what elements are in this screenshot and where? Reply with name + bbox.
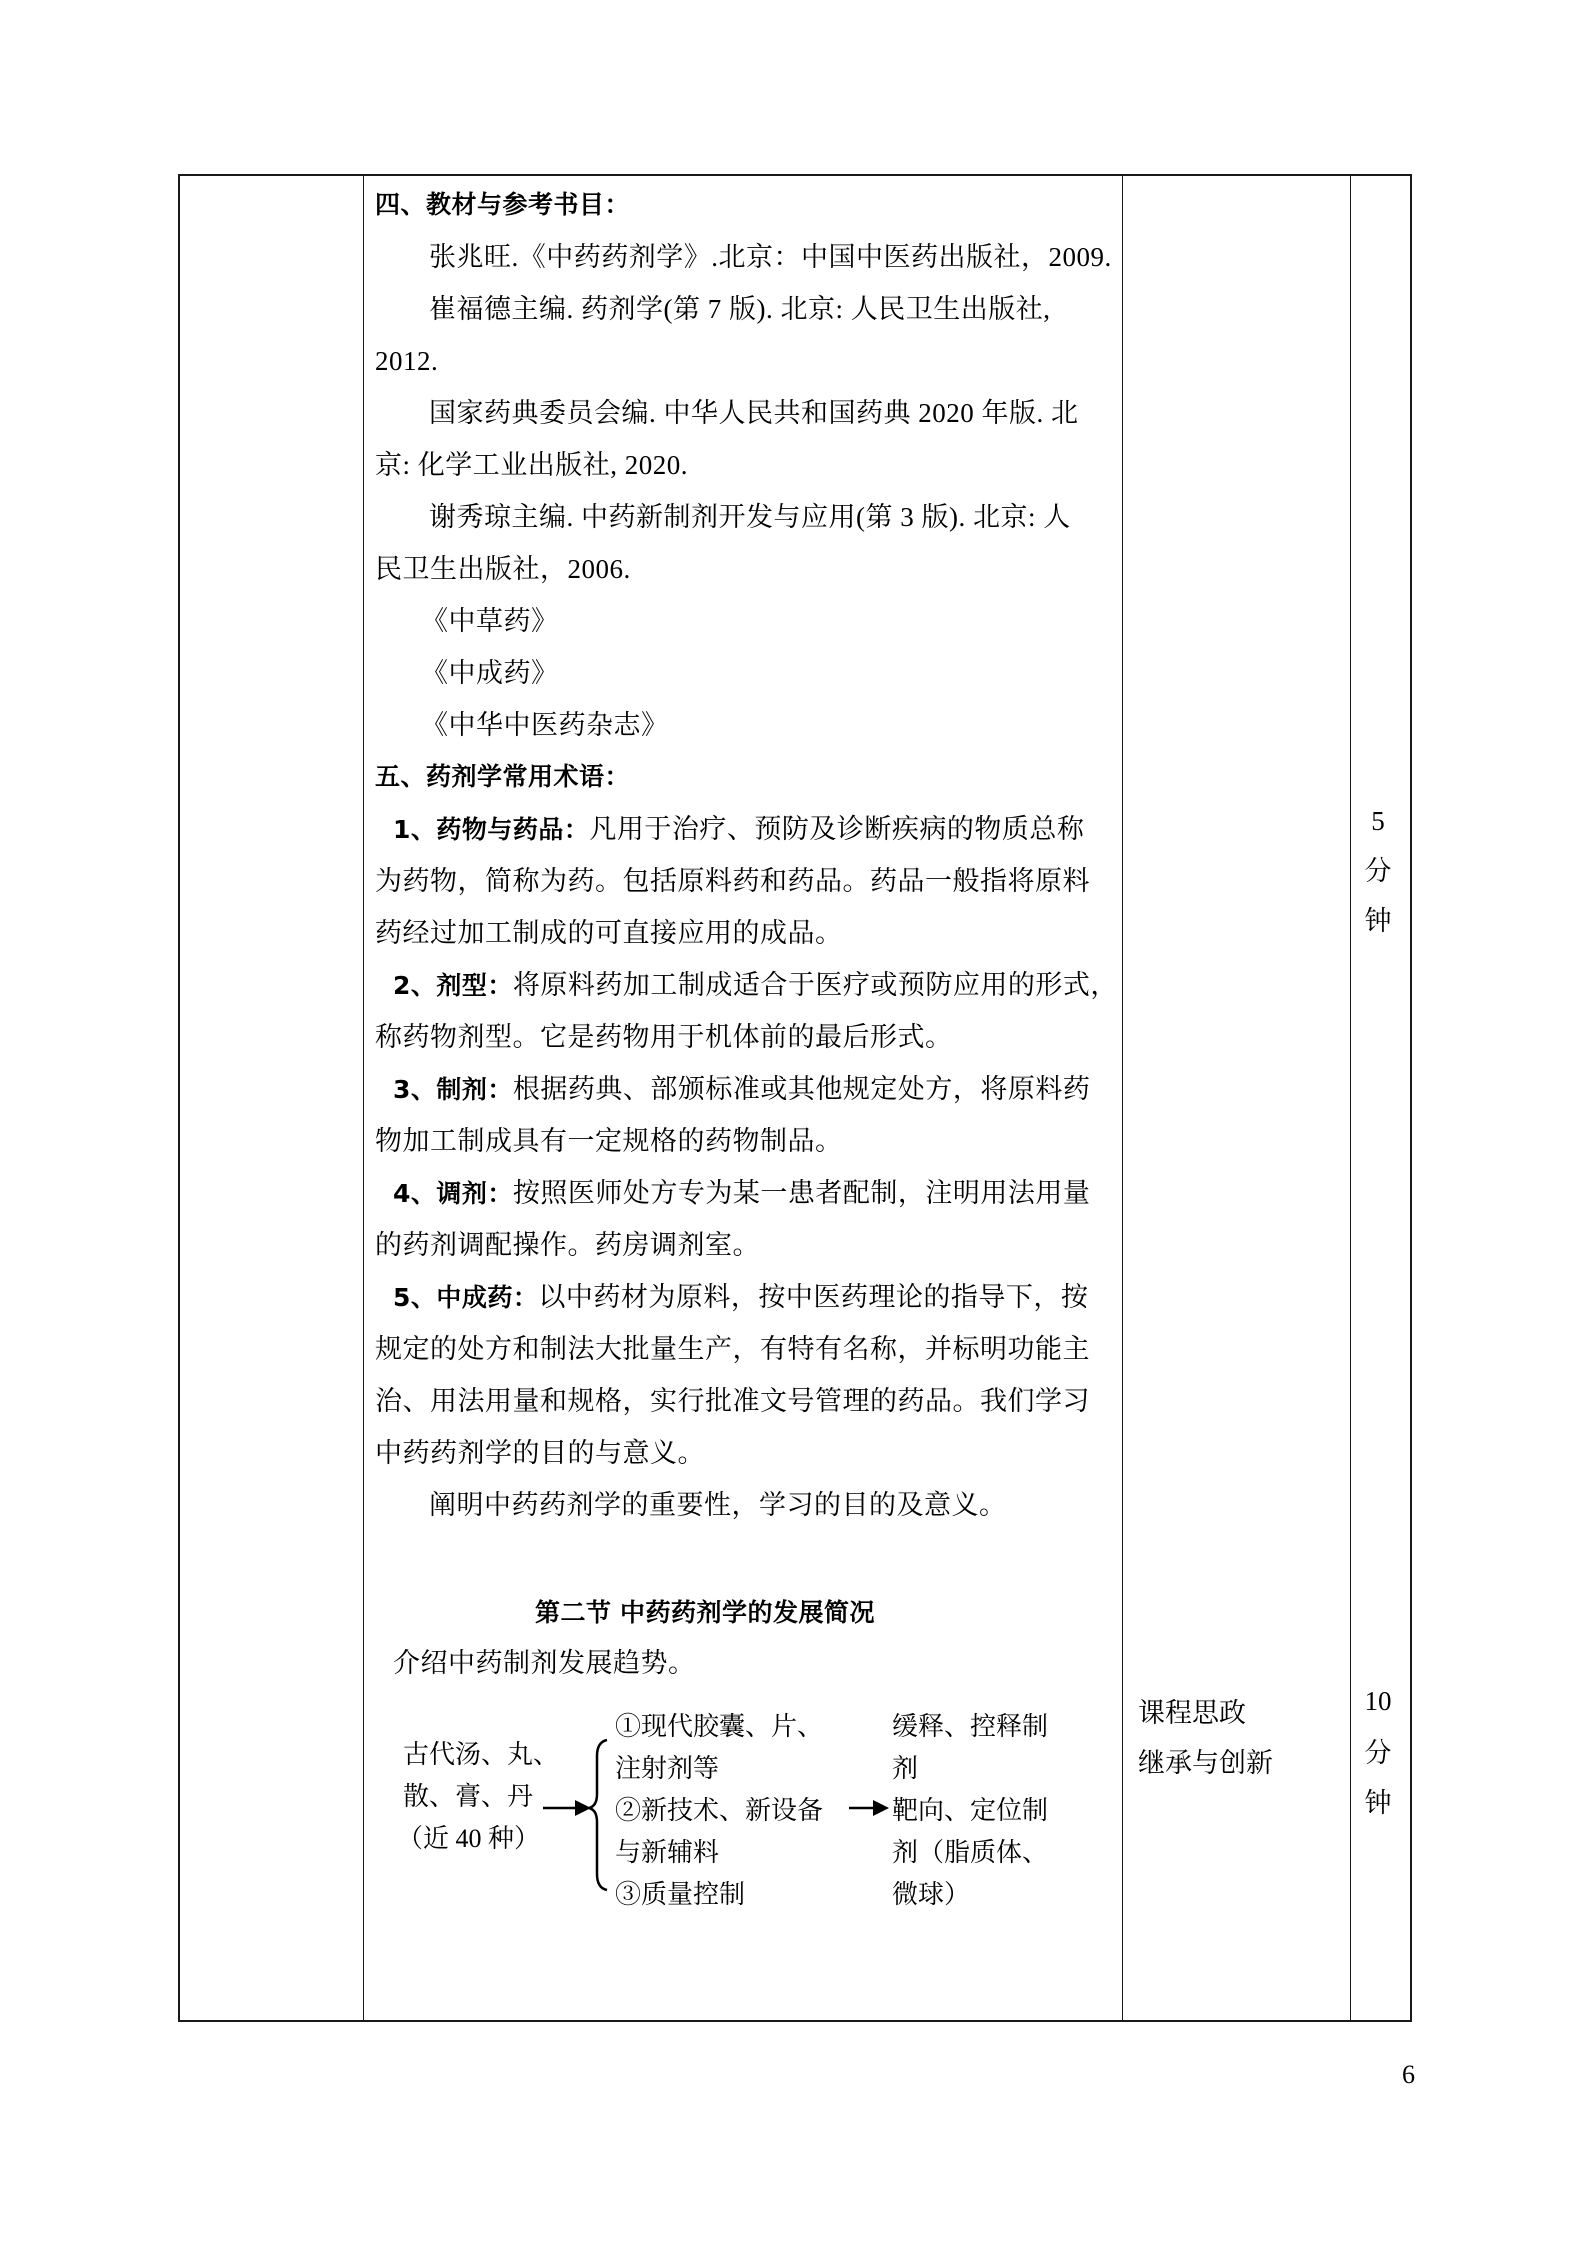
ideology-label: 课程思政 — [1138, 1698, 1246, 1728]
time-unit: 分 — [1348, 1738, 1408, 1768]
diagram-result: 微球） — [892, 1880, 970, 1910]
diagram-branch: ③质量控制 — [615, 1880, 745, 1910]
time-value: 5 — [1348, 806, 1408, 836]
diagram-result: 缓释、控释制 — [892, 1712, 1048, 1742]
diagram-result: 剂（脂质体、 — [892, 1838, 1048, 1868]
diagram-result: 剂 — [892, 1754, 918, 1784]
diagram-branch: ①现代胶囊、片、 — [615, 1712, 823, 1742]
lesson-plan-table: 四、教材与参考书目： 张兆旺.《中药药剂学》.北京：中国中医药出版社，2009.… — [178, 174, 1412, 2022]
diagram-arrows — [365, 176, 1125, 2024]
time-unit: 分 — [1348, 856, 1408, 886]
document-page: 四、教材与参考书目： 张兆旺.《中药药剂学》.北京：中国中医药出版社，2009.… — [0, 0, 1588, 2245]
time-unit: 钟 — [1348, 906, 1408, 936]
diagram-branch: 注射剂等 — [615, 1754, 719, 1784]
column-divider — [363, 176, 364, 2020]
page-number: 6 — [1402, 2060, 1415, 2090]
time-unit: 钟 — [1348, 1788, 1408, 1818]
notes-column: 课程思政 继承与创新 — [1124, 176, 1350, 2020]
ideology-theme: 继承与创新 — [1138, 1748, 1273, 1778]
blank-column — [180, 176, 363, 2020]
time-value: 10 — [1348, 1686, 1408, 1716]
time-column: 5 分 钟 10 分 钟 — [1352, 176, 1412, 2020]
diagram-branch: 与新辅料 — [615, 1838, 719, 1868]
diagram-result: 靶向、定位制 — [892, 1796, 1048, 1826]
diagram-branch: ②新技术、新设备 — [615, 1796, 823, 1826]
content-column: 四、教材与参考书目： 张兆旺.《中药药剂学》.北京：中国中医药出版社，2009.… — [365, 176, 1122, 2020]
